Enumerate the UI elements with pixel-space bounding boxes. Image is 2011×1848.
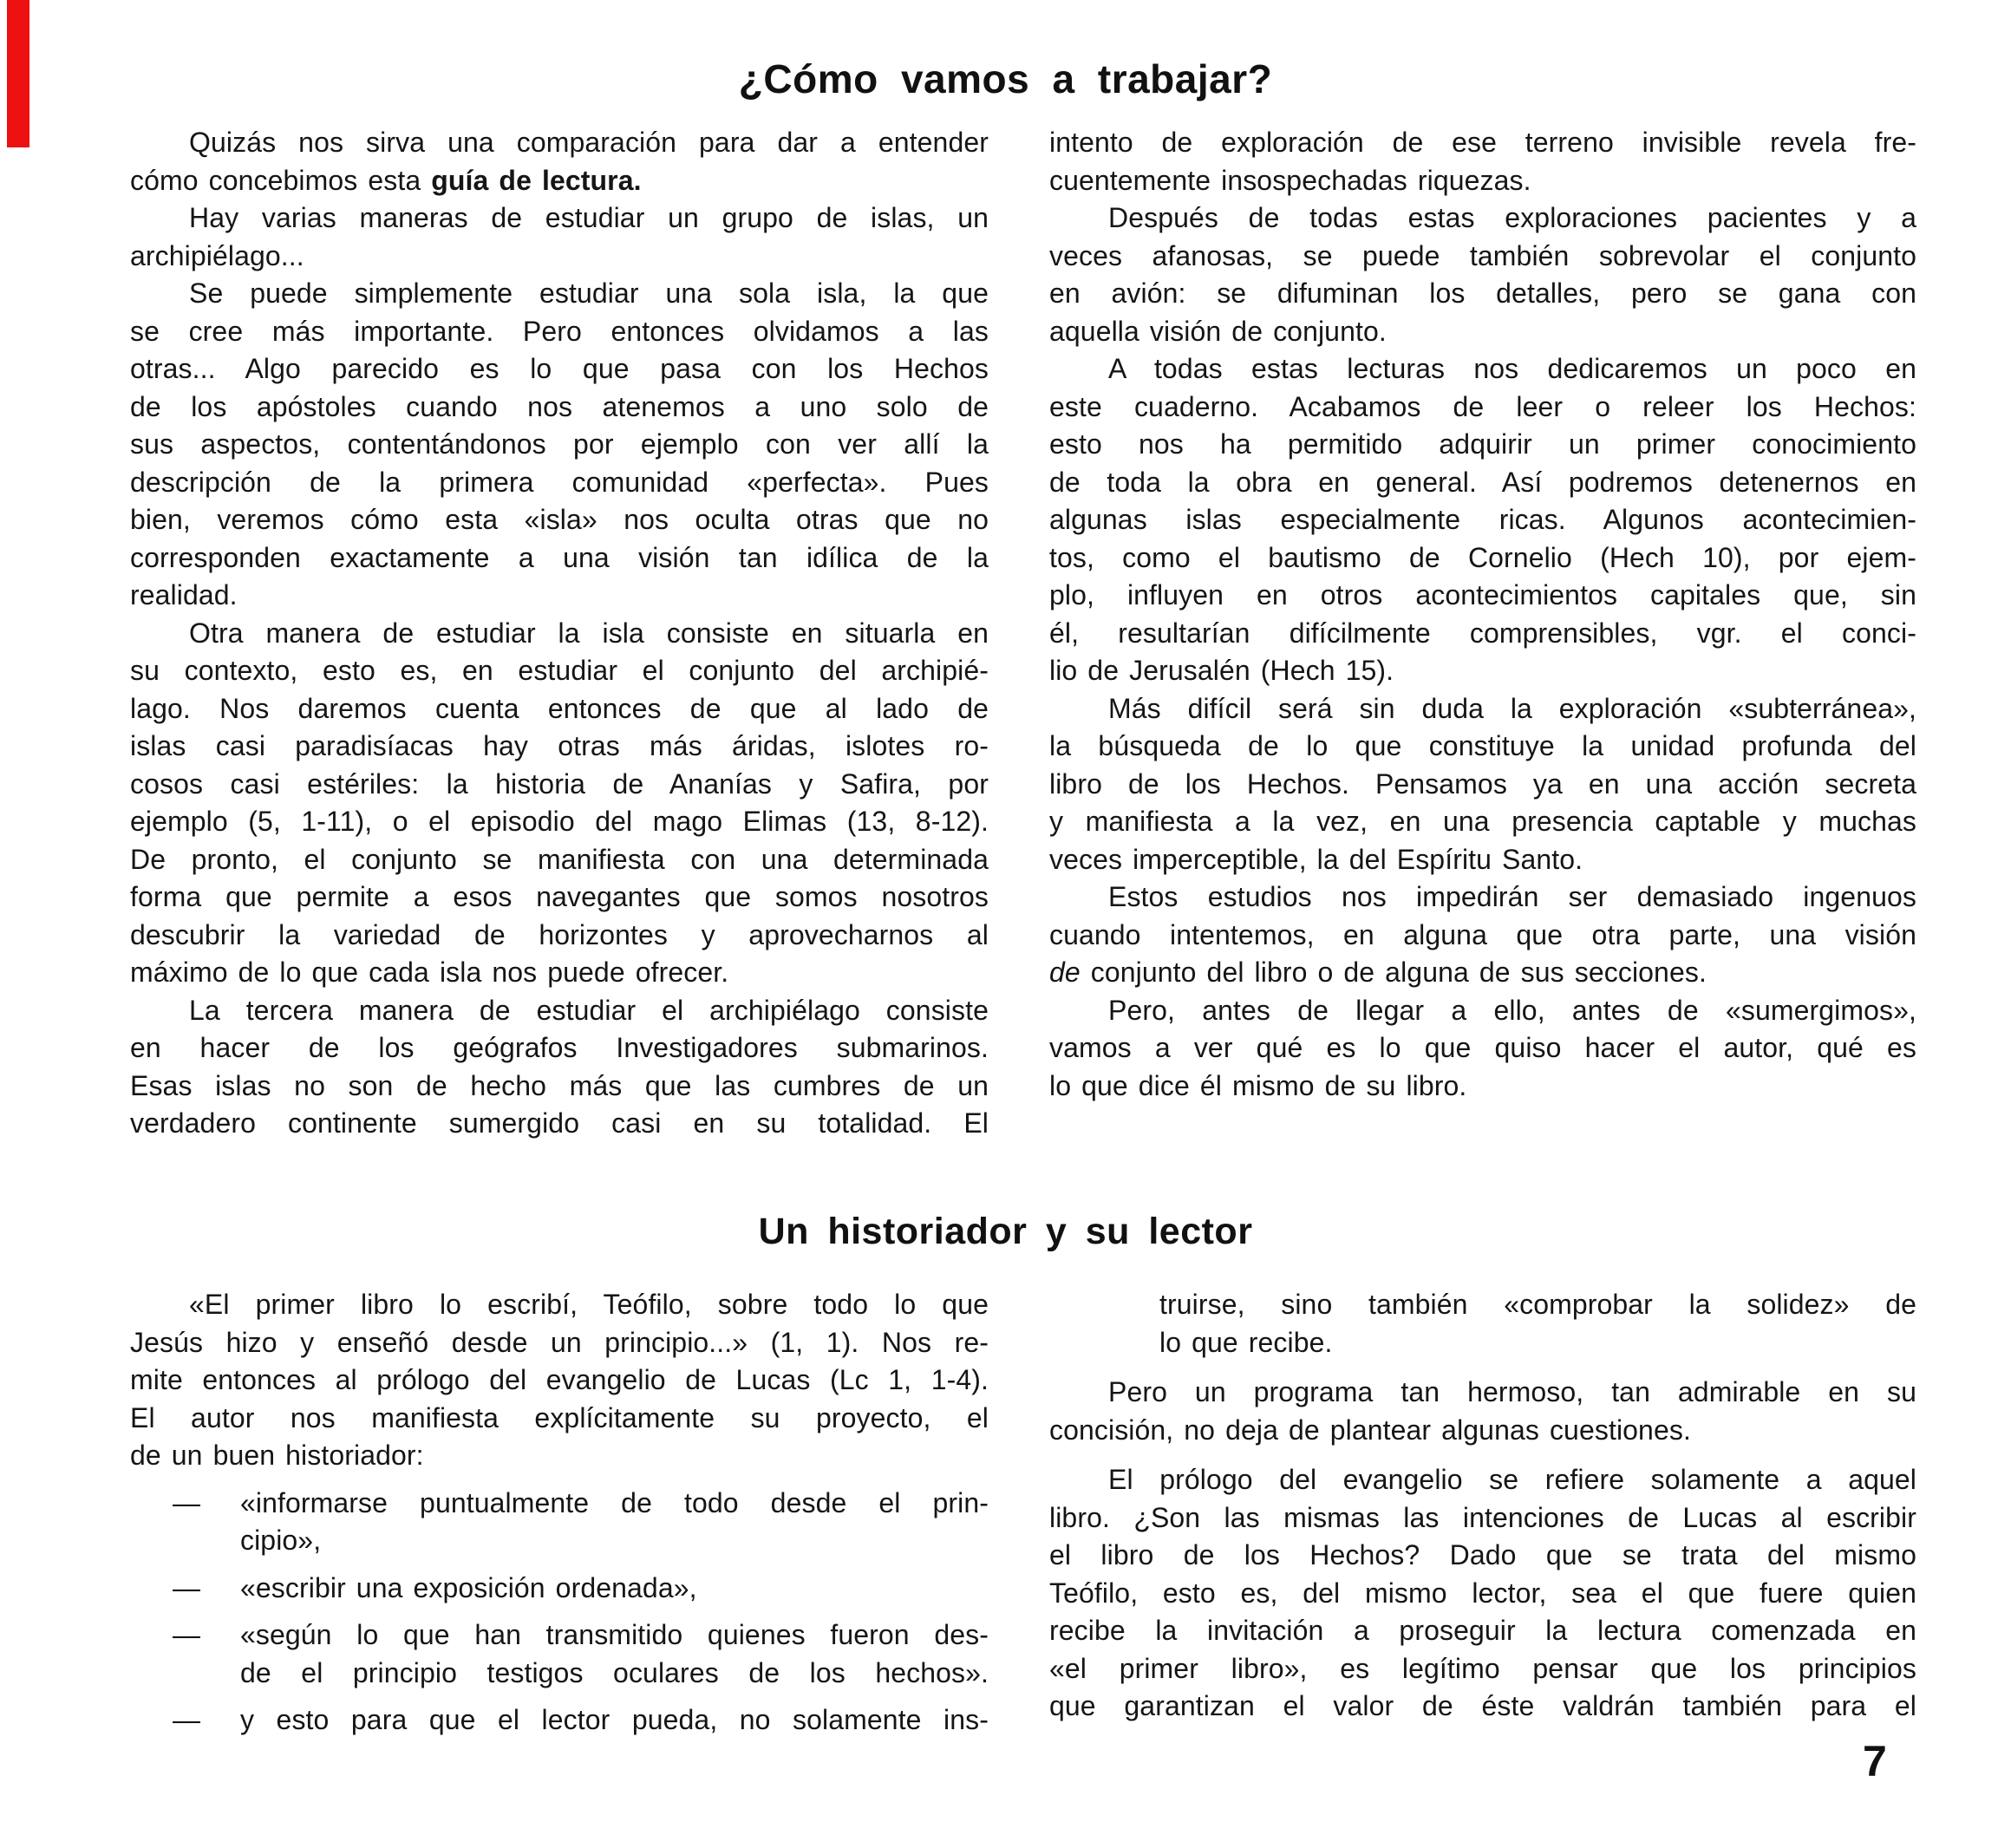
text-line: en avión: se difuminan los detalles, per…: [1049, 275, 1916, 313]
text-line: él, resultarían difícilmente comprensibl…: [1049, 615, 1916, 653]
text-line: «informarse puntualmente de todo desde e…: [240, 1485, 989, 1523]
list-dash: —: [173, 1701, 240, 1740]
text-line: cuentemente insospechadas riquezas.: [1049, 162, 1916, 200]
paragraph: Quizás nos sirva una comparación para da…: [130, 124, 989, 199]
text-line: sus aspectos, contentándonos por ejemplo…: [130, 426, 989, 464]
text-line: truirse, sino también «comprobar la soli…: [1159, 1286, 1916, 1324]
text-line: veces afanosas, se puede también sobrevo…: [1049, 238, 1916, 276]
text-line: forma que permite a esos navegantes que …: [130, 878, 989, 917]
section2-right-column: truirse, sino también «comprobar la soli…: [1049, 1286, 1916, 1726]
text-line: se cree más importante. Pero entonces ol…: [130, 313, 989, 351]
text-line: en hacer de los geógrafos Investigadores…: [130, 1029, 989, 1068]
paragraph: Estos estudios nos impedirán ser demasia…: [1049, 878, 1916, 992]
list-dash: —: [173, 1485, 240, 1560]
text-line: esto nos ha permitido adquirir un primer…: [1049, 426, 1916, 464]
text-line: Esas islas no son de hecho más que las c…: [130, 1068, 989, 1106]
text-line: «según lo que han transmitido quienes fu…: [240, 1616, 989, 1655]
text-line: islas casi paradisíacas hay otras más ár…: [130, 728, 989, 766]
text-line: cuando intentemos, en alguna que otra pa…: [1049, 917, 1916, 955]
text-line: de un buen historiador:: [130, 1437, 989, 1475]
paragraph: Otra manera de estudiar la isla consiste…: [130, 615, 989, 992]
text-line: Pero un programa tan hermoso, tan admira…: [1049, 1374, 1916, 1412]
list-item-text: «escribir una exposición ordenada»,: [240, 1570, 989, 1608]
text-line: corresponden exactamente a una visión ta…: [130, 539, 989, 578]
text-line: la búsqueda de lo que constituye la unid…: [1049, 728, 1916, 766]
paragraph: El prólogo del evangelio se refiere sola…: [1049, 1461, 1916, 1726]
text-line: El autor nos manifiesta explícitamente s…: [130, 1400, 989, 1438]
text-line: mite entonces al prólogo del evangelio d…: [130, 1362, 989, 1400]
list-item: —«según lo que han transmitido quienes f…: [130, 1616, 989, 1692]
text-line: verdadero continente sumergido casi en s…: [130, 1105, 989, 1143]
text-line: Quizás nos sirva una comparación para da…: [130, 124, 989, 162]
text-line: y esto para que el lector pueda, no sola…: [240, 1701, 989, 1740]
text-line: otras... Algo parecido es lo que pasa co…: [130, 350, 989, 389]
list-item-text: y esto para que el lector pueda, no sola…: [240, 1701, 989, 1740]
text-line: lo que dice él mismo de su libro.: [1049, 1068, 1916, 1106]
list-continuation-paragraph: truirse, sino también «comprobar la soli…: [1049, 1286, 1916, 1362]
text-line: veces imperceptible, la del Espíritu San…: [1049, 841, 1916, 879]
text-line: Más difícil será sin duda la exploración…: [1049, 690, 1916, 728]
paragraph: Pero, antes de llegar a ello, antes de «…: [1049, 992, 1916, 1106]
text-line: Después de todas estas exploraciones pac…: [1049, 199, 1916, 238]
list-dash: —: [173, 1616, 240, 1692]
text-line: descubrir la variedad de horizontes y ap…: [130, 917, 989, 955]
text-line: cipio»,: [240, 1522, 989, 1560]
section1-title: ¿Cómo vamos a trabajar?: [0, 56, 2011, 102]
text-line: Jesús hizo y enseñó desde un principio..…: [130, 1324, 989, 1362]
text-line: De pronto, el conjunto se manifiesta con…: [130, 841, 989, 879]
paragraph: Después de todas estas exploraciones pac…: [1049, 199, 1916, 350]
text-line: El prólogo del evangelio se refiere sola…: [1049, 1461, 1916, 1499]
text-line: aquella visión de conjunto.: [1049, 313, 1916, 351]
section1-left-column: Quizás nos sirva una comparación para da…: [130, 124, 989, 1143]
text-line: Hay varias maneras de estudiar un grupo …: [130, 199, 989, 238]
paragraph: intento de exploración de ese terreno in…: [1049, 124, 1916, 199]
text-line: máximo de lo que cada isla nos puede ofr…: [130, 954, 989, 992]
text-line: de los apóstoles cuando nos atenemos a u…: [130, 389, 989, 427]
text-line: cosos casi estériles: la historia de Ana…: [130, 766, 989, 804]
text-line: lago. Nos daremos cuenta entonces de que…: [130, 690, 989, 728]
text-line: A todas estas lecturas nos dedicaremos u…: [1049, 350, 1916, 389]
text-line: Teófilo, esto es, del mismo lector, sea …: [1049, 1575, 1916, 1613]
text-line: «El primer libro lo escribí, Teófilo, so…: [130, 1286, 989, 1324]
paragraph: Pero un programa tan hermoso, tan admira…: [1049, 1374, 1916, 1449]
paragraph: «El primer libro lo escribí, Teófilo, so…: [130, 1286, 989, 1475]
text-line: intento de exploración de ese terreno in…: [1049, 124, 1916, 162]
text-line: realidad.: [130, 577, 989, 615]
text-line: Estos estudios nos impedirán ser demasia…: [1049, 878, 1916, 917]
text-line: «el primer libro», es legítimo pensar qu…: [1049, 1650, 1916, 1688]
text-line: algunas islas especialmente ricas. Algun…: [1049, 501, 1916, 539]
list-item: —«informarse puntualmente de todo desde …: [130, 1485, 989, 1560]
text-line: «escribir una exposición ordenada»,: [240, 1570, 989, 1608]
text-line: que garantizan el valor de éste valdrán …: [1049, 1688, 1916, 1726]
text-line: bien, veremos cómo esta «isla» nos ocult…: [130, 501, 989, 539]
text-line: de el principio testigos oculares de los…: [240, 1655, 989, 1693]
text-line: recibe la invitación a proseguir la lect…: [1049, 1612, 1916, 1650]
text-line: libro. ¿Son las mismas las intenciones d…: [1049, 1499, 1916, 1538]
paragraph: La tercera manera de estudiar el archipi…: [130, 992, 989, 1143]
paragraph: Se puede simplemente estudiar una sola i…: [130, 275, 989, 615]
list-item-text: «según lo que han transmitido quienes fu…: [240, 1616, 989, 1692]
bold-text: guía de lectura.: [431, 165, 641, 196]
section2-title: Un historiador y su lector: [0, 1211, 2011, 1253]
text-line: archipiélago...: [130, 238, 989, 276]
italic-text: de: [1049, 957, 1081, 988]
section2-left-column: «El primer libro lo escribí, Teófilo, so…: [130, 1286, 989, 1740]
text-line: libro de los Hechos. Pensamos ya en una …: [1049, 766, 1916, 804]
text-line: tos, como el bautismo de Cornelio (Hech …: [1049, 539, 1916, 578]
text-line: Se puede simplemente estudiar una sola i…: [130, 275, 989, 313]
list-item-text: «informarse puntualmente de todo desde e…: [240, 1485, 989, 1560]
text-line: plo, influyen en otros acontecimientos c…: [1049, 577, 1916, 615]
text-line: cómo concebimos esta guía de lectura.: [130, 162, 989, 200]
text-line: Otra manera de estudiar la isla consiste…: [130, 615, 989, 653]
text-line: ejemplo (5, 1-11), o el episodio del mag…: [130, 803, 989, 841]
text-line: este cuaderno. Acabamos de leer o releer…: [1049, 389, 1916, 427]
section1-right-column: intento de exploración de ese terreno in…: [1049, 124, 1916, 1105]
text-line: de toda la obra en general. Así podremos…: [1049, 464, 1916, 502]
text-line: lo que recibe.: [1159, 1324, 1916, 1362]
page-number: 7: [1863, 1736, 1887, 1786]
text-line: La tercera manera de estudiar el archipi…: [130, 992, 989, 1030]
book-page: ¿Cómo vamos a trabajar? Quizás nos sirva…: [0, 0, 2011, 1848]
text-line: descripción de la primera comunidad «per…: [130, 464, 989, 502]
text-line: su contexto, esto es, en estudiar el con…: [130, 652, 989, 690]
text-line: concisión, no deja de plantear algunas c…: [1049, 1412, 1916, 1450]
text-line: vamos a ver qué es lo que quiso hacer el…: [1049, 1029, 1916, 1068]
text-line: Pero, antes de llegar a ello, antes de «…: [1049, 992, 1916, 1030]
list-item: —y esto para que el lector pueda, no sol…: [130, 1701, 989, 1740]
text-line: lio de Jerusalén (Hech 15).: [1049, 652, 1916, 690]
paragraph: A todas estas lecturas nos dedicaremos u…: [1049, 350, 1916, 690]
text-line: y manifiesta a la vez, en una presencia …: [1049, 803, 1916, 841]
list-dash: —: [173, 1570, 240, 1608]
text-line: el libro de los Hechos? Dado que se trat…: [1049, 1537, 1916, 1575]
paragraph: Más difícil será sin duda la exploración…: [1049, 690, 1916, 879]
text-line: de conjunto del libro o de alguna de sus…: [1049, 954, 1916, 992]
list-item: —«escribir una exposición ordenada»,: [130, 1570, 989, 1608]
paragraph: Hay varias maneras de estudiar un grupo …: [130, 199, 989, 275]
